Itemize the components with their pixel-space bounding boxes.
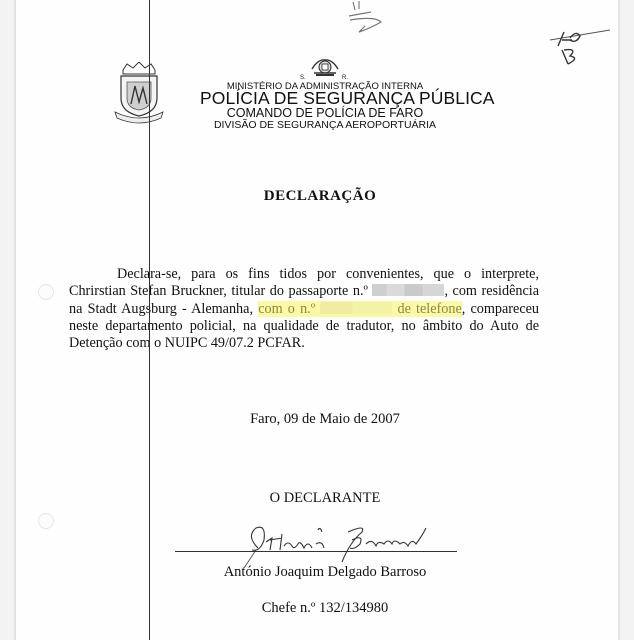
national-seal-logo — [308, 57, 342, 79]
highlighted-phone-text: com o n.º de telefone — [258, 301, 462, 317]
page-edge-right — [618, 0, 620, 640]
handwritten-annotation-top — [335, 0, 395, 36]
document-title: DECLARAÇÃO — [230, 188, 410, 205]
signature-line — [175, 551, 457, 552]
signatory-id: Chefe n.º 132/134980 — [200, 600, 450, 617]
division-heading: DIVISÃO DE SEGURANÇA AEROPORTUÁRIA — [200, 119, 450, 131]
punch-hole — [38, 513, 54, 529]
page-edge-left — [14, 0, 16, 640]
declaration-paragraph: Declara-se, para os fins tidos por conve… — [69, 266, 539, 352]
signatory-label: O DECLARANTE — [200, 490, 450, 507]
highlight-suffix: de telefone — [392, 301, 461, 317]
handwritten-signature — [236, 520, 446, 570]
handwritten-annotation-right — [548, 24, 618, 66]
redacted-phone-number — [320, 302, 392, 314]
command-heading: COMANDO DE POLÍCIA DE FARO — [200, 106, 450, 120]
redacted-passport-number — [372, 284, 444, 296]
highlight-prefix: com o n.º — [258, 301, 320, 317]
signatory-name: António Joaquim Delgado Barroso — [200, 564, 450, 581]
punch-hole — [38, 284, 54, 300]
place-and-date: Faro, 09 de Maio de 2007 — [200, 411, 450, 428]
municipal-crest-logo — [113, 62, 165, 126]
pen-mark-vertical-line — [149, 0, 150, 640]
